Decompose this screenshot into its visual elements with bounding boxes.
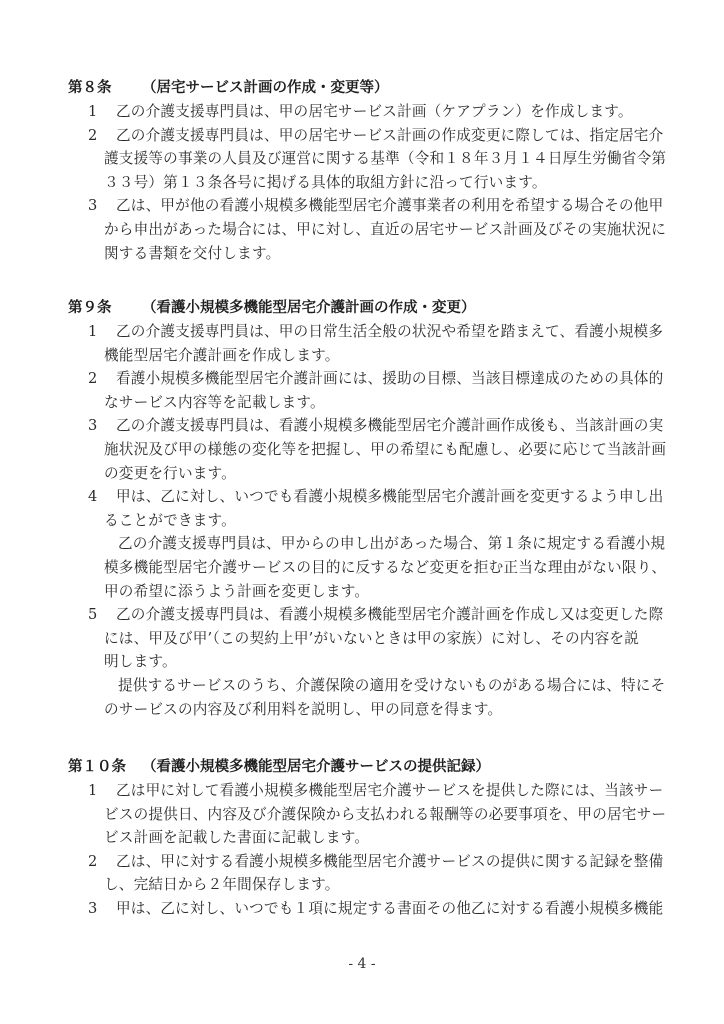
clause-text: の変更を行います。 (104, 465, 236, 482)
clause-continuation-line: から申出があった場合には、甲に対し、直近の居宅サービス計画及びその実施状況に (68, 218, 668, 242)
article-8: 第８条（居宅サービス計画の作成・変更等）1乙の介護支援専門員は、甲の居宅サービス… (68, 76, 668, 265)
clause-continuation-line: の変更を行います。 (68, 462, 668, 486)
clause-line: 1乙の介護支援専門員は、甲の居宅サービス計画（ケアプラン）を作成します。 (68, 100, 668, 124)
clause-text: 看護小規模多機能型居宅介護計画には、援助の目標、当該目標達成のための具体的 (116, 370, 663, 387)
clause-continuation-line: 施状況及び甲の様態の変化等を把握し、甲の希望にも配慮し、必要に応じて当該計画 (68, 438, 668, 462)
clause-text: 明します。 (104, 653, 177, 670)
article-heading: 第１０条（看護小規模多機能型居宅介護サービスの提供記録） (68, 755, 668, 779)
clause-text: 乙の介護支援専門員は、甲からの申し出があった場合、第１条に規定する看護小規 (118, 535, 665, 552)
article-heading: 第８条（居宅サービス計画の作成・変更等） (68, 76, 668, 100)
clause-text: 乙の介護支援専門員は、甲の居宅サービス計画（ケアプラン）を作成します。 (116, 103, 633, 120)
clause-continuation-line: のサービスの内容及び利用料を説明し、甲の同意を得ます。 (68, 698, 668, 722)
clause-text: 乙の介護支援専門員は、看護小規模多機能型居宅介護計画を作成し又は変更した際 (116, 606, 663, 623)
clause-text: し、完結日から２年間保存します。 (104, 876, 340, 893)
clause-text: には、甲及び甲’（この契約上甲’がいないときは甲の家族）に対し、その内容を説 (104, 630, 639, 647)
clause-continuation-line: し、完結日から２年間保存します。 (68, 873, 668, 897)
clause-text: 乙は甲に対して看護小規模多機能型居宅介護サービスを提供した際には、当該サー (116, 782, 663, 799)
clause-text: 甲の希望に添うよう計画を変更します。 (104, 583, 369, 600)
article-title: （居宅サービス計画の作成・変更等） (142, 80, 389, 96)
article-number: 第９条 (68, 296, 142, 320)
article-number: 第１０条 (68, 755, 142, 779)
article-number: 第８条 (68, 76, 142, 100)
clause-line: 2乙は、甲に対する看護小規模多機能型居宅介護サービスの提供に関する記録を整備 (68, 850, 668, 874)
document-page: 第８条（居宅サービス計画の作成・変更等）1乙の介護支援専門員は、甲の居宅サービス… (0, 0, 724, 1024)
clause-text: ることができます。 (104, 512, 236, 529)
clause-line: 3乙は、甲が他の看護小規模多機能型居宅介護事業者の利用を希望する場合その他甲 (68, 194, 668, 218)
clause-text: 乙は、甲が他の看護小規模多機能型居宅介護事業者の利用を希望する場合その他甲 (116, 197, 663, 214)
clause-line: 1乙は甲に対して看護小規模多機能型居宅介護サービスを提供した際には、当該サー (68, 779, 668, 803)
article-title: （看護小規模多機能型居宅介護サービスの提供記録） (142, 759, 490, 775)
clause-continuation-line: ３３号）第１３条各号に掲げる具体的取組方針に沿って行います。 (68, 171, 668, 195)
clause-continuation-line: なサービス内容等を記載します。 (68, 391, 668, 415)
clause-text: ビス計画を記載した書面に記載します。 (104, 829, 369, 846)
clause-line: 3甲は、乙に対し、いつでも１項に規定する書面その他乙に対する看護小規模多機能 (68, 897, 668, 921)
clause-text: 乙は、甲に対する看護小規模多機能型居宅介護サービスの提供に関する記録を整備 (116, 853, 663, 870)
clause-number: 4 (68, 485, 116, 509)
clause-text: 乙の介護支援専門員は、甲の居宅サービス計画の作成変更に際しては、指定居宅介 (116, 127, 663, 144)
clause-text: なサービス内容等を記載します。 (104, 394, 325, 411)
clause-continuation-line: 提供するサービスのうち、介護保険の適用を受けないものがある場合には、特にそ (68, 674, 668, 698)
clause-text: 甲は、乙に対し、いつでも１項に規定する書面その他乙に対する看護小規模多機能 (116, 900, 663, 917)
clause-line: 2乙の介護支援専門員は、甲の居宅サービス計画の作成変更に際しては、指定居宅介 (68, 124, 668, 148)
article-title: （看護小規模多機能型居宅介護計画の作成・変更） (142, 300, 476, 316)
clause-text: 乙の介護支援専門員は、看護小規模多機能型居宅介護計画作成後も、当該計画の実 (116, 417, 663, 434)
clause-number: 5 (68, 603, 116, 627)
clause-continuation-line: 機能型居宅介護計画を作成します。 (68, 344, 668, 368)
clause-number: 1 (68, 320, 116, 344)
clause-continuation-line: 模多機能型居宅介護サービスの目的に反するなど変更を拒む正当な理由がない限り、 (68, 556, 668, 580)
clause-line: 5乙の介護支援専門員は、看護小規模多機能型居宅介護計画を作成し又は変更した際 (68, 603, 668, 627)
clause-number: 2 (68, 367, 116, 391)
clause-text: のサービスの内容及び利用料を説明し、甲の同意を得ます。 (104, 701, 502, 718)
clause-number: 3 (68, 194, 116, 218)
clause-text: ビスの提供日、内容及び介護保険から支払われる報酬等の必要事項を、甲の居宅サー (104, 806, 666, 823)
clause-continuation-line: 甲の希望に添うよう計画を変更します。 (68, 580, 668, 604)
clause-continuation-line: ることができます。 (68, 509, 668, 533)
clause-number: 2 (68, 850, 116, 874)
clause-text: ３３号）第１３条各号に掲げる具体的取組方針に沿って行います。 (104, 174, 547, 191)
clause-continuation-line: 明します。 (68, 650, 668, 674)
article-heading: 第９条（看護小規模多機能型居宅介護計画の作成・変更） (68, 296, 668, 320)
clause-text: 関する書類を交付します。 (104, 245, 280, 262)
clause-text: 提供するサービスのうち、介護保険の適用を受けないものがある場合には、特にそ (118, 677, 665, 694)
page-number: - 4 - (0, 956, 724, 972)
clause-number: 1 (68, 779, 116, 803)
clause-text: 模多機能型居宅介護サービスの目的に反するなど変更を拒む正当な理由がない限り、 (104, 559, 666, 576)
clause-text: から申出があった場合には、甲に対し、直近の居宅サービス計画及びその実施状況に (104, 221, 666, 238)
clause-line: 3乙の介護支援専門員は、看護小規模多機能型居宅介護計画作成後も、当該計画の実 (68, 414, 668, 438)
clause-continuation-line: ビスの提供日、内容及び介護保険から支払われる報酬等の必要事項を、甲の居宅サー (68, 803, 668, 827)
article-9: 第９条（看護小規模多機能型居宅介護計画の作成・変更）1乙の介護支援専門員は、甲の… (68, 296, 668, 721)
clause-number: 1 (68, 100, 116, 124)
clause-text: 乙の介護支援専門員は、甲の日常生活全般の状況や希望を踏まえて、看護小規模多 (116, 323, 663, 340)
clause-text: 甲は、乙に対し、いつでも看護小規模多機能型居宅介護計画を変更するよう申し出 (116, 488, 663, 505)
clause-continuation-line: には、甲及び甲’（この契約上甲’がいないときは甲の家族）に対し、その内容を説 (68, 627, 668, 651)
clause-line: 1乙の介護支援専門員は、甲の日常生活全般の状況や希望を踏まえて、看護小規模多 (68, 320, 668, 344)
clause-number: 3 (68, 897, 116, 921)
clause-number: 3 (68, 414, 116, 438)
article-10: 第１０条（看護小規模多機能型居宅介護サービスの提供記録）1乙は甲に対して看護小規… (68, 755, 668, 921)
clause-continuation-line: 乙の介護支援専門員は、甲からの申し出があった場合、第１条に規定する看護小規 (68, 532, 668, 556)
clause-text: 施状況及び甲の様態の変化等を把握し、甲の希望にも配慮し、必要に応じて当該計画 (104, 441, 666, 458)
clause-line: 4甲は、乙に対し、いつでも看護小規模多機能型居宅介護計画を変更するよう申し出 (68, 485, 668, 509)
clause-line: 2看護小規模多機能型居宅介護計画には、援助の目標、当該目標達成のための具体的 (68, 367, 668, 391)
clause-number: 2 (68, 124, 116, 148)
clause-text: 護支援等の事業の人員及び運営に関する基準（令和１８年３月１４日厚生労働省令第 (104, 150, 666, 167)
clause-continuation-line: ビス計画を記載した書面に記載します。 (68, 826, 668, 850)
clause-continuation-line: 護支援等の事業の人員及び運営に関する基準（令和１８年３月１４日厚生労働省令第 (68, 147, 668, 171)
clause-continuation-line: 関する書類を交付します。 (68, 242, 668, 266)
clause-text: 機能型居宅介護計画を作成します。 (104, 347, 340, 364)
